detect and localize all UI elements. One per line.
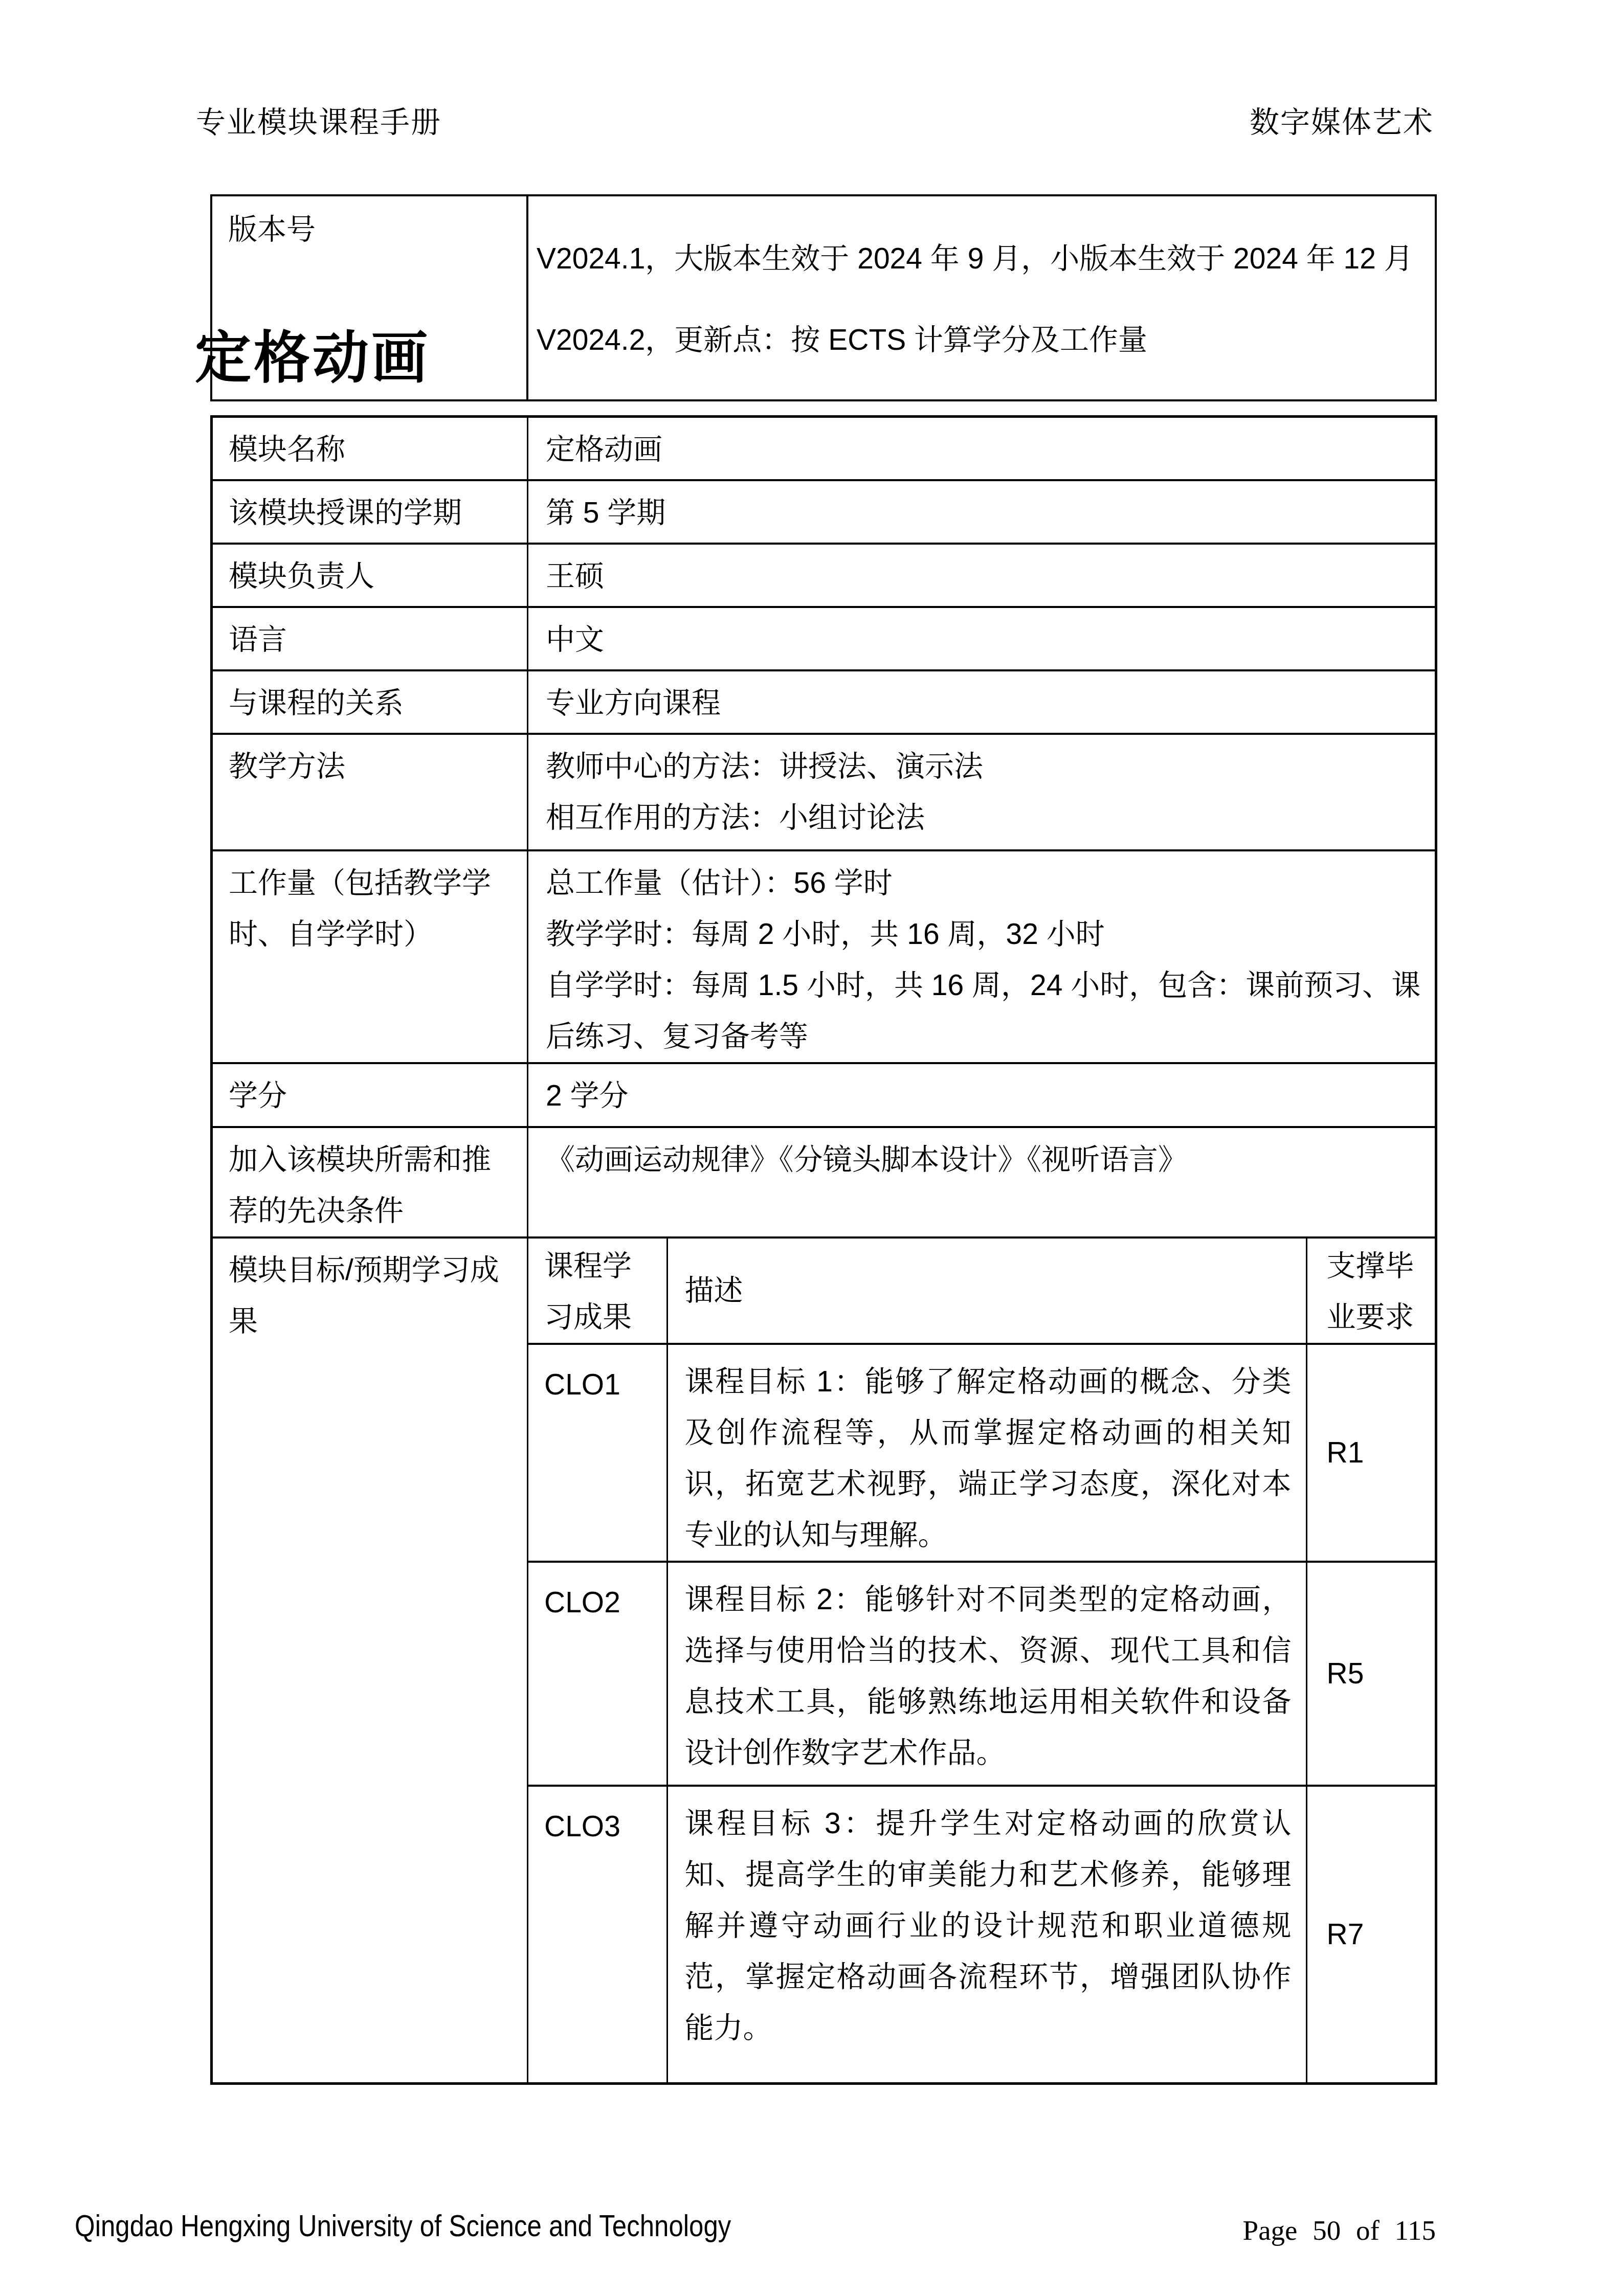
clo1-description: 课程目标 1：能够了解定格动画的概念、分类及创作流程等，从而掌握定格动画的相关知… [667,1344,1306,1562]
table-row: 模块负责人 王硕 [212,544,1436,607]
language-label: 语言 [212,607,528,670]
workload-label: 工作量（包括教学学时、自学学时） [212,850,528,1063]
clo1-code: CLO1 [528,1344,667,1562]
prerequisites-value: 《动画运动规律》《分镜头脚本设计》《视听语言》 [528,1127,1436,1237]
workload-selfstudy-line: 自学学时：每周 1.5 小时，共 16 周，24 小时，包含：课前预习、课后练习… [546,960,1421,1062]
clo2-code: CLO2 [528,1562,667,1786]
header-left-title: 专业模块课程手册 [196,98,441,141]
table-row-outcomes: 模块目标/预期学习成果 课程学习成果 描述 支撑毕业要求 CLO1 课程目标 1… [212,1237,1436,2084]
outcome-row-clo1: CLO1 课程目标 1：能够了解定格动画的概念、分类及创作流程等，从而掌握定格动… [528,1344,1437,1562]
footer-institution: Qingdao Hengxing University of Science a… [75,2208,731,2243]
table-row: 工作量（包括教学学时、自学学时） 总工作量（估计）：56 学时 教学学时：每周 … [212,850,1436,1063]
table-row: 学分 2 学分 [212,1063,1436,1127]
table-row: 该模块授课的学期 第 5 学期 [212,480,1436,544]
module-leader-label: 模块负责人 [212,544,528,607]
module-name-label: 模块名称 [212,417,528,480]
outcomes-label: 模块目标/预期学习成果 [212,1237,528,2084]
clo2-description: 课程目标 2：能够针对不同类型的定格动画，选择与使用恰当的技术、资源、现代工具和… [667,1562,1306,1786]
teaching-method-line-1: 教师中心的方法：讲授法、演示法 [546,741,1421,792]
clo1-requirement: R1 [1306,1344,1437,1562]
outcomes-col-clo-header: 课程学习成果 [528,1239,667,1344]
workload-total-line: 总工作量（估计）：56 学时 [546,858,1421,909]
curriculum-relation-value: 专业方向课程 [528,670,1436,734]
teaching-methods-value: 教师中心的方法：讲授法、演示法 相互作用的方法：小组讨论法 [528,734,1436,850]
semester-label: 该模块授课的学期 [212,480,528,544]
teaching-method-line-2: 相互作用的方法：小组讨论法 [546,792,1421,843]
module-leader-value: 王硕 [528,544,1436,607]
semester-value: 第 5 学期 [528,480,1436,544]
workload-value: 总工作量（估计）：56 学时 教学学时：每周 2 小时，共 16 周，32 小时… [528,850,1436,1063]
outcomes-header-row: 课程学习成果 描述 支撑毕业要求 [528,1239,1437,1344]
module-table: 模块名称 定格动画 该模块授课的学期 第 5 学期 模块负责人 王硕 语言 中文… [210,415,1437,2085]
language-value: 中文 [528,607,1436,670]
module-name-value: 定格动画 [528,417,1436,480]
outcomes-col-desc-header: 描述 [667,1239,1306,1344]
outcome-row-clo2: CLO2 课程目标 2：能够针对不同类型的定格动画，选择与使用恰当的技术、资源、… [528,1562,1437,1786]
outcome-row-clo3: CLO3 课程目标 3：提升学生对定格动画的欣赏认知、提高学生的审美能力和艺术修… [528,1786,1437,2082]
table-row: 语言 中文 [212,607,1436,670]
table-row: 教学方法 教师中心的方法：讲授法、演示法 相互作用的方法：小组讨论法 [212,734,1436,850]
prerequisites-label: 加入该模块所需和推荐的先决条件 [212,1127,528,1237]
header-right-title: 数字媒体艺术 [1250,98,1434,141]
document-page: 专业模块课程手册 数字媒体艺术 版本号 V2024.1，大版本生效于 2024 … [0,0,1624,2296]
teaching-methods-label: 教学方法 [212,734,528,850]
clo3-description: 课程目标 3：提升学生对定格动画的欣赏认知、提高学生的审美能力和艺术修养，能够理… [667,1786,1306,2082]
version-line-2: V2024.2，更新点：按 ECTS 计算学分及工作量 [537,314,1422,366]
page-title: 定格动画 [195,313,430,394]
credits-label: 学分 [212,1063,528,1127]
workload-teaching-line: 教学学时：每周 2 小时，共 16 周，32 小时 [546,909,1421,960]
footer-page-number: Page 50 of 115 [1243,2214,1436,2246]
table-row: 加入该模块所需和推荐的先决条件 《动画运动规律》《分镜头脚本设计》《视听语言》 [212,1127,1436,1237]
table-row: 与课程的关系 专业方向课程 [212,670,1436,734]
clo3-code: CLO3 [528,1786,667,2082]
outcomes-table: 课程学习成果 描述 支撑毕业要求 CLO1 课程目标 1：能够了解定格动画的概念… [528,1239,1437,2082]
outcomes-col-req-header: 支撑毕业要求 [1306,1239,1437,1344]
curriculum-relation-label: 与课程的关系 [212,670,528,734]
clo2-requirement: R5 [1306,1562,1437,1786]
clo3-requirement: R7 [1306,1786,1437,2082]
credits-value: 2 学分 [528,1063,1436,1127]
version-line-1: V2024.1，大版本生效于 2024 年 9 月，小版本生效于 2024 年 … [537,233,1422,285]
table-row: 模块名称 定格动画 [212,417,1436,480]
version-value: V2024.1，大版本生效于 2024 年 9 月，小版本生效于 2024 年 … [527,195,1436,400]
outcomes-cell: 课程学习成果 描述 支撑毕业要求 CLO1 课程目标 1：能够了解定格动画的概念… [528,1237,1436,2084]
